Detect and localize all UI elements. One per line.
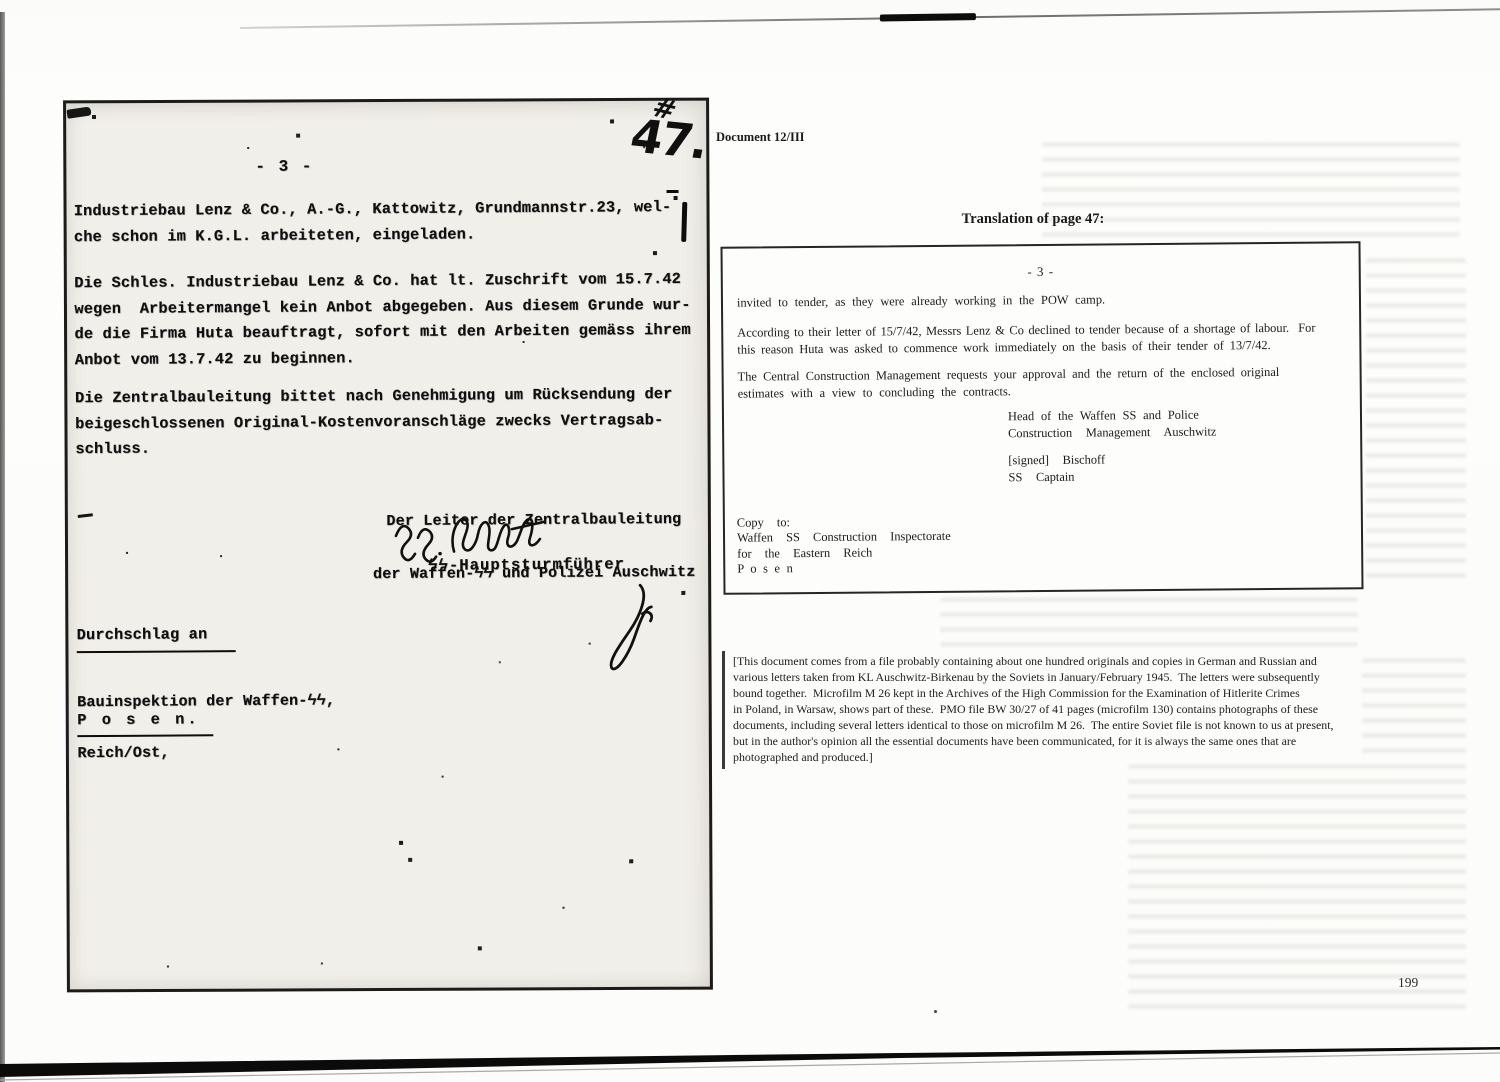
scan-line: schluss. <box>75 433 673 463</box>
translation-box: - 3 - invited to tender, as they were al… <box>720 241 1363 595</box>
scan-line: Industriebau Lenz & Co., A.-G., Kattowit… <box>74 195 672 225</box>
scan-line: che schon im K.G.L. arbeiteten, eingelad… <box>74 221 672 251</box>
translation-signed-block: [signed] Bischoff SS Captain <box>1008 451 1105 485</box>
scanned-document-photo: # 47. - 3 - Industriebau Lenz & Co., A.-… <box>63 98 713 993</box>
initial-signature <box>598 575 662 677</box>
bleedthrough-text-block <box>1128 764 1466 1010</box>
translation-signoff-block: Head of the Waffen SS and Police Constru… <box>1008 406 1217 441</box>
note-line: but in the author's opinion all the esse… <box>733 733 1369 749</box>
scan-line: Die Schles. Industriebau Lenz & Co. hat … <box>74 267 690 297</box>
translation-paragraph-2: According to their letter of 15/7/42, Me… <box>737 320 1316 358</box>
scan-paragraph-2: Die Schles. Industriebau Lenz & Co. hat … <box>74 267 691 374</box>
note-line: photographed and produced.] <box>733 749 1369 765</box>
scan-edge-line <box>240 8 1500 29</box>
page-bottom-scan-edge <box>0 1042 1500 1082</box>
translation-copy-to-block: Copy to: Waffen SS Construction Inspecto… <box>737 514 951 577</box>
page-top-scan-edge <box>240 5 1500 32</box>
page-left-scan-edge <box>0 12 5 1082</box>
pen-margin-stroke <box>681 202 687 242</box>
pen-dash-mark <box>78 513 93 518</box>
scan-line: Reich/Ost, <box>77 743 335 762</box>
translation-line: Copy to: <box>737 514 951 531</box>
bleedthrough-text-block <box>940 597 1358 647</box>
scan-speckles <box>65 104 67 106</box>
scan-page-marker: - 3 - <box>255 155 313 181</box>
scan-speck <box>934 1010 937 1013</box>
translation-line: [signed] Bischoff <box>1008 451 1105 468</box>
note-line: [This document comes from a file probabl… <box>733 653 1369 669</box>
note-line: bound together. Microfilm M 26 kept in t… <box>733 685 1369 701</box>
book-spread-page: # 47. - 3 - Industriebau Lenz & Co., A.-… <box>0 0 1500 1082</box>
note-line: various letters taken from KL Auschwitz-… <box>733 669 1369 685</box>
scan-signature-rank: ϟϟ-Hauptsturmführer <box>428 552 625 579</box>
bleedthrough-text-block <box>1042 142 1460 244</box>
handwritten-page-number: 47. <box>626 109 712 170</box>
scan-line: beigeschlossenen Original-Kostenvoransch… <box>75 408 673 438</box>
scan-line: Anbot vom 13.7.42 zu beginnen. <box>75 344 691 374</box>
pen-dash-mark <box>667 190 679 193</box>
scan-paragraph-3: Die Zentralbauleitung bittet nach Genehm… <box>75 382 673 463</box>
translation-line: invited to tender, as they were already … <box>737 291 1105 311</box>
translation-line: Construction Management Auschwitz <box>1008 423 1216 441</box>
scan-distribution-city: P o s e n. <box>77 707 214 737</box>
translation-paragraph-3: The Central Construction Management requ… <box>738 364 1280 402</box>
document-label: Document 12/III <box>716 130 805 145</box>
translation-line: P o s e n <box>737 560 951 577</box>
bleedthrough-text-block <box>1362 658 1466 756</box>
scan-paragraph-1: Industriebau Lenz & Co., A.-G., Kattowit… <box>74 195 672 250</box>
translation-line: Head of the Waffen SS and Police <box>1008 406 1216 424</box>
page-number: 199 <box>1398 975 1418 991</box>
scan-edge-dark-segment <box>880 13 976 21</box>
translation-page-marker: - 3 - <box>723 261 1359 283</box>
scan-line: de die Firma Huta beauftragt, sofort mit… <box>74 318 690 348</box>
translation-line: Waffen SS Construction Inspectorate <box>737 529 951 546</box>
translation-line: for the Eastern Reich <box>737 545 951 562</box>
scanned-document-content: # 47. - 3 - Industriebau Lenz & Co., A.-… <box>65 100 711 990</box>
note-line: in Poland, in Warsaw, shows part of thes… <box>733 701 1369 717</box>
scan-distribution-heading: Durchschlag an <box>77 622 236 653</box>
ink-blot <box>66 106 91 118</box>
editor-note-block: [This document comes from a file probabl… <box>722 651 1369 769</box>
translation-paragraph-1: invited to tender, as they were already … <box>737 291 1105 311</box>
bleedthrough-text-block <box>1366 258 1466 584</box>
translation-title: Translation of page 47: <box>733 211 1333 228</box>
scan-line: Die Zentralbauleitung bittet nach Genehm… <box>75 382 673 412</box>
translation-line: SS Captain <box>1008 468 1105 485</box>
note-line: documents, including several letters ide… <box>733 717 1369 733</box>
